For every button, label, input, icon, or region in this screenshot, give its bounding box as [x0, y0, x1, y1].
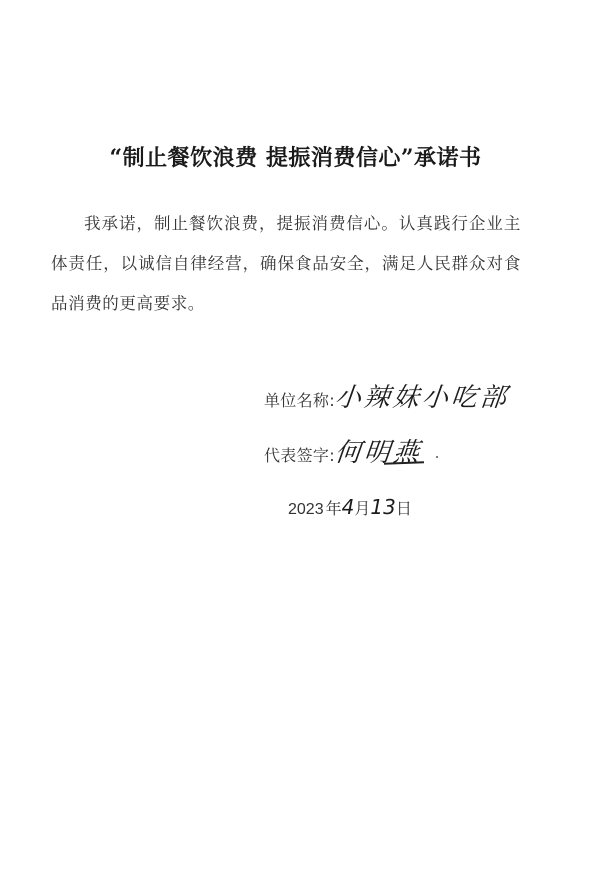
- pledge-body-text: 我承诺，制止餐饮浪费，提振消费信心。认真践行企业主体责任，以诚信自律经营，确保食…: [51, 204, 521, 324]
- date-day-suffix: 日: [396, 496, 412, 519]
- ink-dot-mark: [436, 456, 438, 458]
- date-year-suffix: 年: [326, 496, 342, 519]
- date-day-handwritten: 13: [370, 495, 395, 519]
- date-month-suffix: 月: [354, 496, 370, 519]
- signing-date-row: 2023 年 4 月 13 日: [288, 495, 412, 519]
- representative-signature-row: 代表签字: 何明燕: [264, 440, 438, 466]
- unit-name-label: 单位名称:: [264, 388, 335, 411]
- unit-name-handwritten: 小辣妹小吃部: [334, 385, 511, 411]
- document-title: “制止餐饮浪费 提振消费信心”承诺书: [0, 141, 591, 172]
- representative-signature-label: 代表签字:: [264, 443, 335, 466]
- unit-name-row: 单位名称: 小辣妹小吃部: [264, 385, 509, 411]
- document-page: “制止餐饮浪费 提振消费信心”承诺书 我承诺，制止餐饮浪费，提振消费信心。认真践…: [0, 0, 591, 886]
- date-year: 2023: [288, 501, 324, 519]
- date-month-handwritten: 4: [342, 495, 355, 519]
